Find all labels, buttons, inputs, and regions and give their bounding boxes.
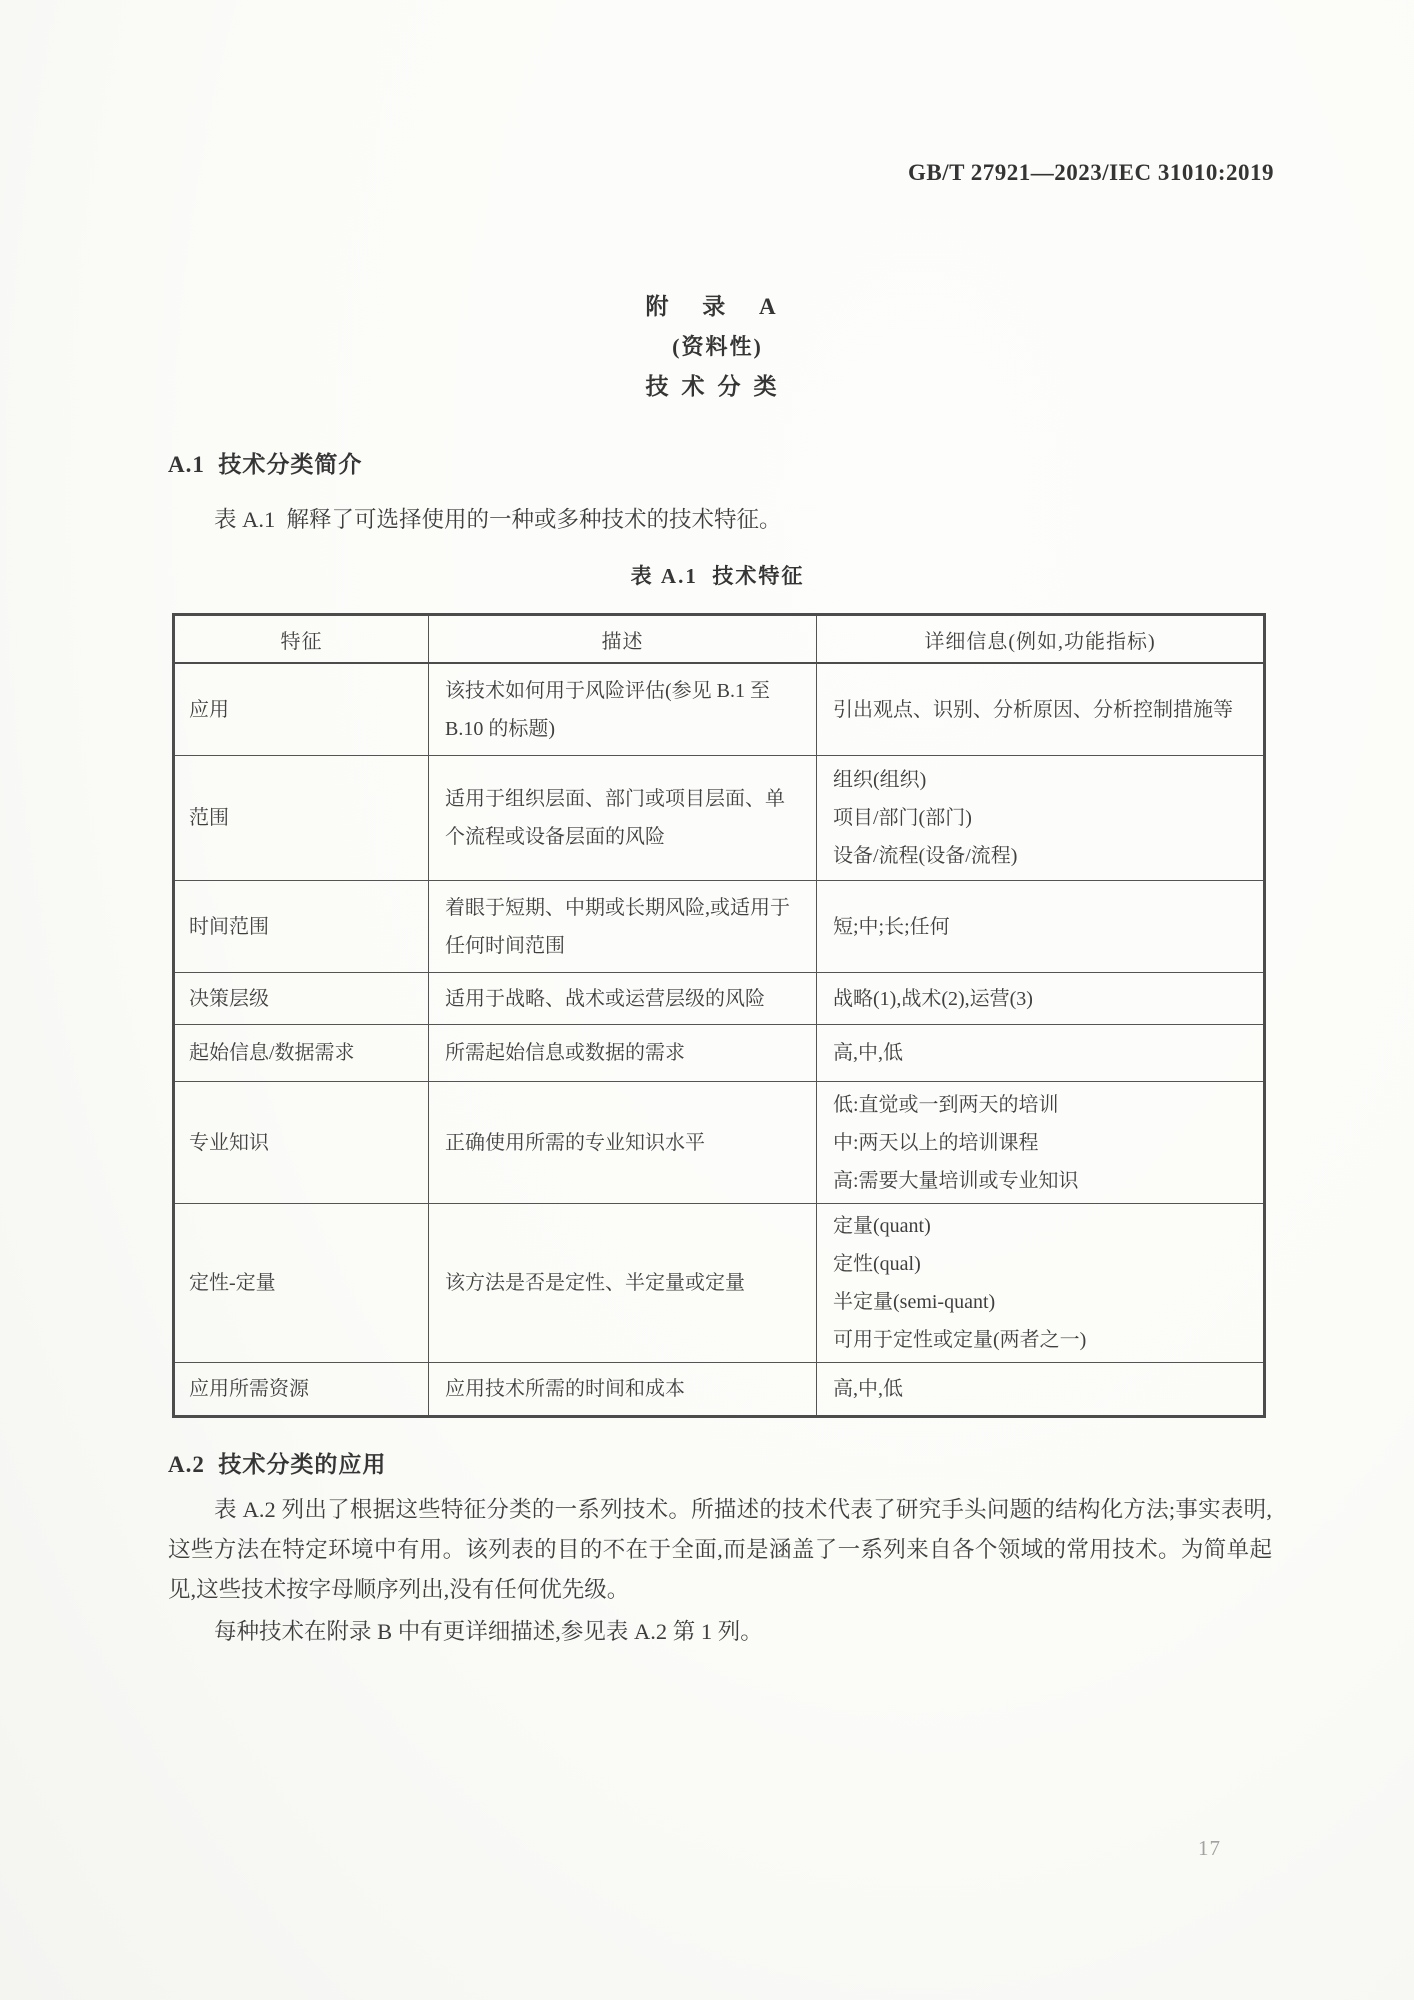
- detail-line: 引出观点、识别、分析原因、分析控制措施等: [833, 691, 1249, 729]
- page-number: 17: [1198, 1836, 1221, 1861]
- table-row: 应用所需资源 应用技术所需的时间和成本 高,中,低: [174, 1363, 1265, 1417]
- cell-feature: 起始信息/数据需求: [174, 1025, 429, 1082]
- cell-feature: 决策层级: [174, 973, 429, 1025]
- detail-line: 高:需要大量培训或专业知识: [833, 1162, 1249, 1200]
- detail-line: 组织(组织): [833, 761, 1249, 799]
- appendix-title: 附 录 A: [172, 288, 1263, 321]
- cell-feature: 定性-定量: [174, 1204, 429, 1363]
- cell-description: 应用技术所需的时间和成本: [429, 1363, 817, 1417]
- cell-description: 该技术如何用于风险评估(参见 B.1 至 B.10 的标题): [429, 663, 817, 756]
- cell-details: 高,中,低: [817, 1025, 1265, 1082]
- table-row: 定性-定量 该方法是否是定性、半定量或定量 定量(quant) 定性(qual)…: [174, 1204, 1265, 1363]
- cell-feature: 应用所需资源: [174, 1363, 429, 1417]
- table-header-row: 特征 描述 详细信息(例如,功能指标): [174, 615, 1265, 664]
- column-header-details: 详细信息(例如,功能指标): [817, 615, 1265, 664]
- cell-details: 引出观点、识别、分析原因、分析控制措施等: [817, 663, 1265, 756]
- cell-description: 所需起始信息或数据的需求: [429, 1025, 817, 1082]
- appendix-name: 技术分类: [172, 368, 1263, 401]
- cell-feature: 范围: [174, 756, 429, 881]
- detail-line: 中:两天以上的培训课程: [833, 1124, 1249, 1162]
- table-caption: 表 A.1 技术特征: [172, 560, 1263, 590]
- detail-line: 低:直觉或一到两天的培训: [833, 1086, 1249, 1124]
- table-row: 应用 该技术如何用于风险评估(参见 B.1 至 B.10 的标题) 引出观点、识…: [174, 663, 1265, 756]
- cell-description: 适用于战略、战术或运营层级的风险: [429, 973, 817, 1025]
- document-page: GB/T 27921—2023/IEC 31010:2019 附 录 A (资料…: [0, 0, 1414, 2000]
- detail-line: 项目/部门(部门): [833, 799, 1249, 837]
- table-row: 范围 适用于组织层面、部门或项目层面、单个流程或设备层面的风险 组织(组织) 项…: [174, 756, 1265, 881]
- technique-characteristics-table: 特征 描述 详细信息(例如,功能指标) 应用 该技术如何用于风险评估(参见 B.…: [172, 613, 1266, 1418]
- table-row: 专业知识 正确使用所需的专业知识水平 低:直觉或一到两天的培训 中:两天以上的培…: [174, 1082, 1265, 1204]
- cell-description: 正确使用所需的专业知识水平: [429, 1082, 817, 1204]
- section-a2-paragraph-1: 表 A.2 列出了根据这些特征分类的一系列技术。所描述的技术代表了研究手头问题的…: [168, 1490, 1272, 1610]
- detail-line: 半定量(semi-quant): [833, 1283, 1249, 1321]
- detail-line: 短;中;长;任何: [833, 908, 1249, 946]
- cell-details: 短;中;长;任何: [817, 881, 1265, 973]
- detail-line: 高,中,低: [833, 1034, 1249, 1072]
- cell-details: 定量(quant) 定性(qual) 半定量(semi-quant) 可用于定性…: [817, 1204, 1265, 1363]
- cell-feature: 应用: [174, 663, 429, 756]
- section-a1-paragraph: 表 A.1 解释了可选择使用的一种或多种技术的技术特征。: [168, 500, 1272, 540]
- cell-description: 着眼于短期、中期或长期风险,或适用于任何时间范围: [429, 881, 817, 973]
- table-row: 起始信息/数据需求 所需起始信息或数据的需求 高,中,低: [174, 1025, 1265, 1082]
- cell-feature: 专业知识: [174, 1082, 429, 1204]
- cell-description: 适用于组织层面、部门或项目层面、单个流程或设备层面的风险: [429, 756, 817, 881]
- table-row: 时间范围 着眼于短期、中期或长期风险,或适用于任何时间范围 短;中;长;任何: [174, 881, 1265, 973]
- cell-feature: 时间范围: [174, 881, 429, 973]
- cell-details: 组织(组织) 项目/部门(部门) 设备/流程(设备/流程): [817, 756, 1265, 881]
- detail-line: 定量(quant): [833, 1207, 1249, 1245]
- standard-number: GB/T 27921—2023/IEC 31010:2019: [908, 160, 1274, 186]
- cell-details: 高,中,低: [817, 1363, 1265, 1417]
- detail-line: 战略(1),战术(2),运营(3): [833, 980, 1249, 1018]
- cell-details: 低:直觉或一到两天的培训 中:两天以上的培训课程 高:需要大量培训或专业知识: [817, 1082, 1265, 1204]
- column-header-feature: 特征: [174, 615, 429, 664]
- cell-details: 战略(1),战术(2),运营(3): [817, 973, 1265, 1025]
- table-row: 决策层级 适用于战略、战术或运营层级的风险 战略(1),战术(2),运营(3): [174, 973, 1265, 1025]
- detail-line: 高,中,低: [833, 1370, 1249, 1408]
- cell-description: 该方法是否是定性、半定量或定量: [429, 1204, 817, 1363]
- section-a1-heading: A.1 技术分类简介: [168, 446, 362, 479]
- detail-line: 设备/流程(设备/流程): [833, 837, 1249, 875]
- section-a2-paragraph-2: 每种技术在附录 B 中有更详细描述,参见表 A.2 第 1 列。: [168, 1612, 1272, 1652]
- column-header-description: 描述: [429, 615, 817, 664]
- detail-line: 可用于定性或定量(两者之一): [833, 1321, 1249, 1359]
- appendix-informative-label: (资料性): [172, 330, 1263, 361]
- detail-line: 定性(qual): [833, 1245, 1249, 1283]
- section-a2-heading: A.2 技术分类的应用: [168, 1446, 386, 1479]
